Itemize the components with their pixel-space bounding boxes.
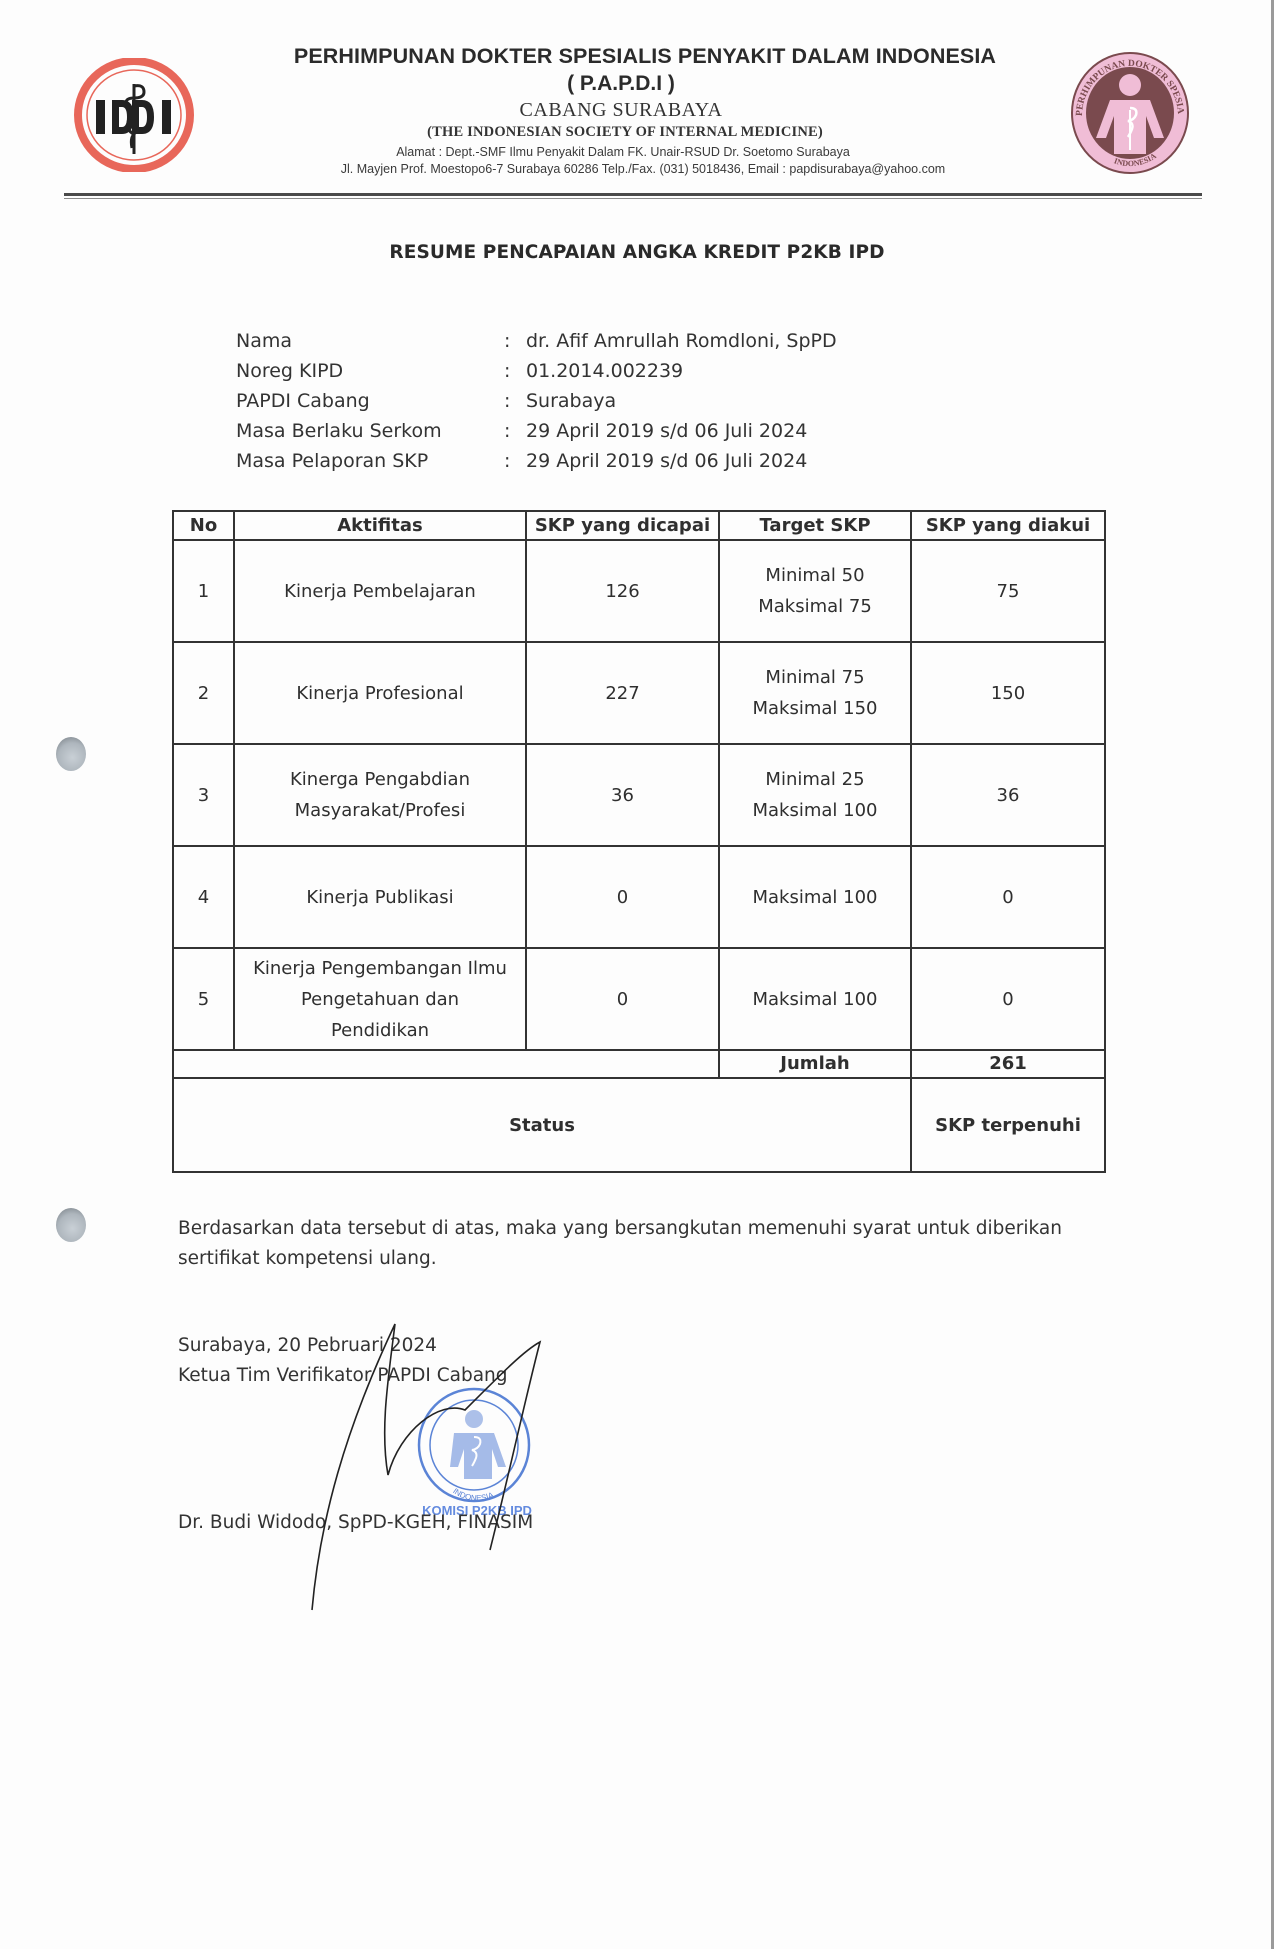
cell-target: Maksimal 100 — [719, 846, 911, 948]
info-separator: : — [504, 420, 510, 442]
info-separator: : — [504, 360, 510, 382]
cell-activity-line: Kinerja Pengembangan Ilmu — [237, 953, 523, 984]
punch-hole-icon — [56, 737, 86, 771]
info-separator: : — [504, 390, 510, 412]
table-header-row: No Aktifitas SKP yang dicapai Target SKP… — [173, 511, 1105, 540]
info-value: 01.2014.002239 — [526, 360, 683, 382]
table-row: 5Kinerja Pengembangan IlmuPengetahuan da… — [173, 948, 1105, 1050]
cell-target: Maksimal 100 — [719, 948, 911, 1050]
cell-target-line: Minimal 50 — [722, 560, 908, 591]
column-header-no: No — [173, 511, 234, 540]
cell-activity-line: Kinerja Profesional — [237, 678, 523, 709]
cell-achieved: 36 — [526, 744, 719, 846]
info-value: Surabaya — [526, 390, 616, 412]
cell-target-line: Maksimal 100 — [722, 795, 908, 826]
cell-activity-line: Pendidikan — [237, 1015, 523, 1046]
header-divider — [64, 198, 1202, 199]
cell-activity-line: Masyarakat/Profesi — [237, 795, 523, 826]
table-row: 1Kinerja Pembelajaran126Minimal 50Maksim… — [173, 540, 1105, 642]
cell-recognized: 36 — [911, 744, 1105, 846]
info-value: 29 April 2019 s/d 06 Juli 2024 — [526, 420, 807, 442]
punch-hole-icon — [56, 1208, 86, 1242]
cell-achieved: 227 — [526, 642, 719, 744]
cell-activity-line: Kinerja Publikasi — [237, 882, 523, 913]
cell-target-line: Minimal 75 — [722, 662, 908, 693]
cell-no: 4 — [173, 846, 234, 948]
cell-target-line: Maksimal 100 — [722, 882, 908, 913]
column-header-target: Target SKP — [719, 511, 911, 540]
skp-table: No Aktifitas SKP yang dicapai Target SKP… — [172, 510, 1106, 1173]
column-header-achieved: SKP yang dicapai — [526, 511, 719, 540]
column-header-recognized: SKP yang diakui — [911, 511, 1105, 540]
conclusion-statement: Berdasarkan data tersebut di atas, maka … — [178, 1214, 1118, 1274]
total-row: Jumlah 261 — [173, 1050, 1105, 1078]
cell-activity-line: Kinerja Pembelajaran — [237, 576, 523, 607]
signature-icon — [290, 1320, 560, 1620]
info-value: 29 April 2019 s/d 06 Juli 2024 — [526, 450, 807, 472]
total-label: Jumlah — [719, 1050, 911, 1078]
total-value: 261 — [911, 1050, 1105, 1078]
info-label: PAPDI Cabang — [236, 390, 370, 412]
info-separator: : — [504, 450, 510, 472]
cell-no: 1 — [173, 540, 234, 642]
cell-activity: Kinerja Profesional — [234, 642, 526, 744]
cell-no: 3 — [173, 744, 234, 846]
info-value: dr. Afif Amrullah Romdloni, SpPD — [526, 330, 837, 352]
cell-no: 5 — [173, 948, 234, 1050]
cell-recognized: 0 — [911, 846, 1105, 948]
table-row: 4Kinerja Publikasi0Maksimal 1000 — [173, 846, 1105, 948]
column-header-activity: Aktifitas — [234, 511, 526, 540]
cell-activity-line: Kinerga Pengabdian — [237, 764, 523, 795]
cell-target-line: Maksimal 150 — [722, 693, 908, 724]
cell-activity: Kinerja Pengembangan IlmuPengetahuan dan… — [234, 948, 526, 1050]
cell-no: 2 — [173, 642, 234, 744]
cell-target: Minimal 50Maksimal 75 — [719, 540, 911, 642]
table-row: 2Kinerja Profesional227Minimal 75Maksima… — [173, 642, 1105, 744]
cell-target-line: Maksimal 100 — [722, 984, 908, 1015]
info-label: Nama — [236, 330, 292, 352]
cell-activity-line: Pengetahuan dan — [237, 984, 523, 1015]
cell-target: Minimal 25Maksimal 100 — [719, 744, 911, 846]
cell-activity: Kinerja Pembelajaran — [234, 540, 526, 642]
status-value: SKP terpenuhi — [911, 1078, 1105, 1172]
info-label: Masa Pelaporan SKP — [236, 450, 428, 472]
cell-target: Minimal 75Maksimal 150 — [719, 642, 911, 744]
info-label: Noreg KIPD — [236, 360, 343, 382]
document-title: RESUME PENCAPAIAN ANGKA KREDIT P2KB IPD — [0, 242, 1274, 263]
cell-activity: Kinerga PengabdianMasyarakat/Profesi — [234, 744, 526, 846]
info-separator: : — [504, 330, 510, 352]
cell-target-line: Maksimal 75 — [722, 591, 908, 622]
cell-recognized: 150 — [911, 642, 1105, 744]
cell-recognized: 75 — [911, 540, 1105, 642]
header-divider — [64, 193, 1202, 196]
cell-achieved: 0 — [526, 846, 719, 948]
total-spacer — [173, 1050, 719, 1078]
papdi-logo-icon: PERHIMPUNAN DOKTER SPESIALIS PENYAKIT DA… — [1068, 50, 1192, 176]
cell-target-line: Minimal 25 — [722, 764, 908, 795]
cell-recognized: 0 — [911, 948, 1105, 1050]
cell-achieved: 126 — [526, 540, 719, 642]
status-row: Status SKP terpenuhi — [173, 1078, 1105, 1172]
info-label: Masa Berlaku Serkom — [236, 420, 442, 442]
table-row: 3Kinerga PengabdianMasyarakat/Profesi36M… — [173, 744, 1105, 846]
cell-activity: Kinerja Publikasi — [234, 846, 526, 948]
cell-achieved: 0 — [526, 948, 719, 1050]
status-label: Status — [173, 1078, 911, 1172]
